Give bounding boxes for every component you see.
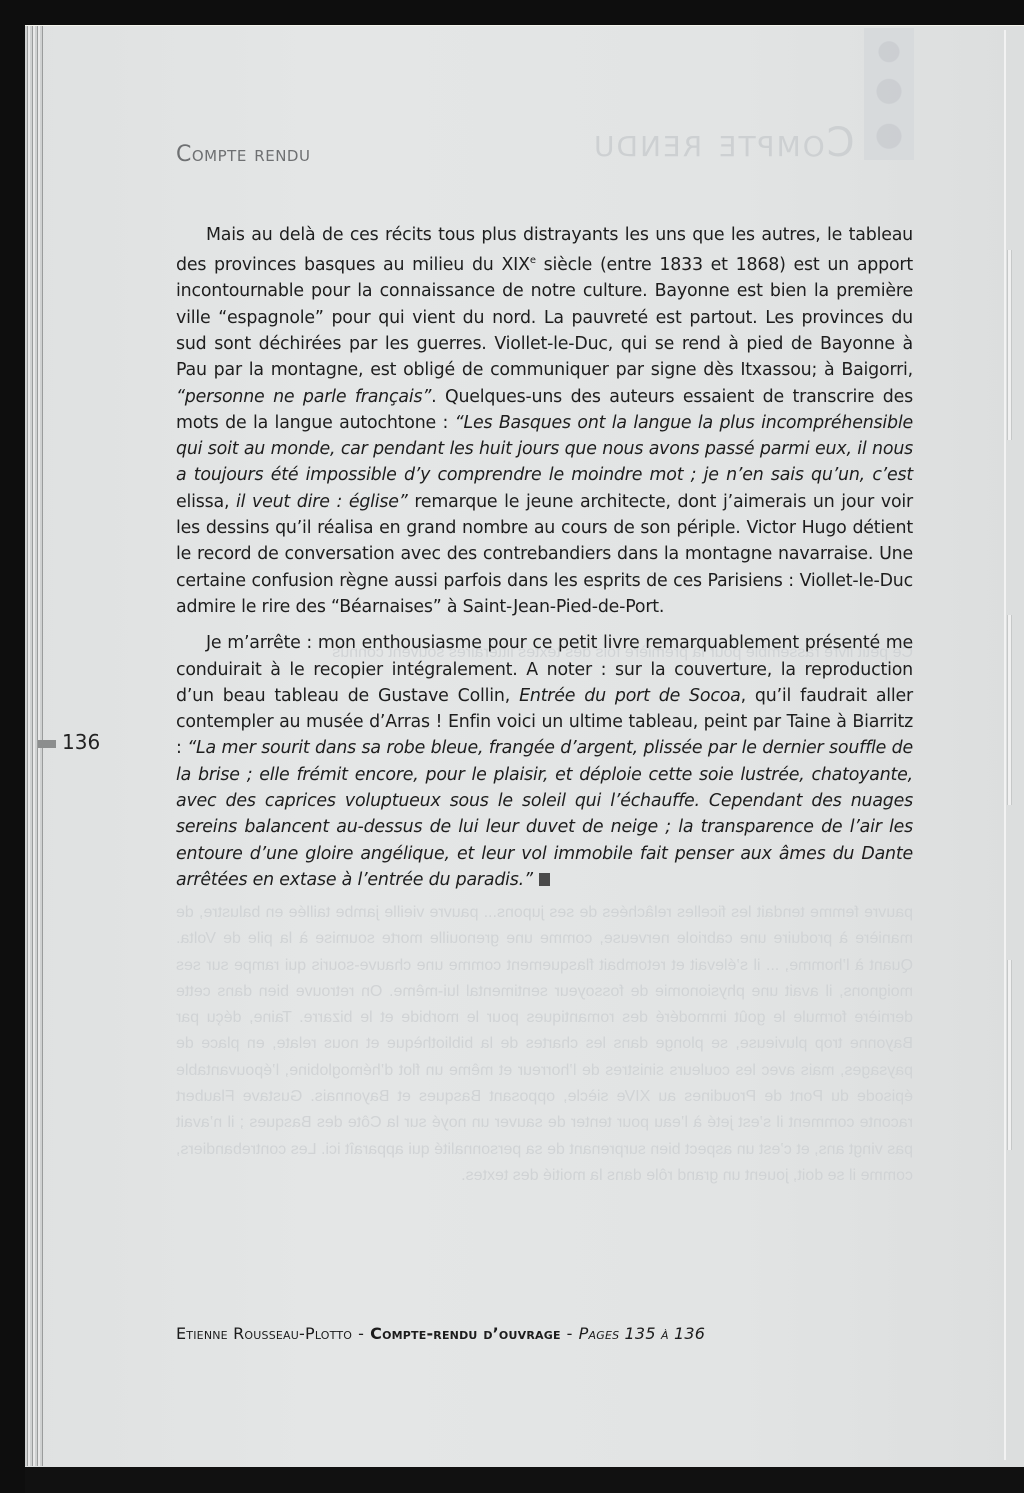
scan-background	[25, 1467, 1024, 1493]
quoted-text: Entrée du port de Socoa	[519, 686, 741, 706]
gutter-edge	[1004, 30, 1006, 1460]
page-tab-marker	[38, 740, 56, 748]
article-body: Mais au delà de ces récits tous plus dis…	[176, 222, 913, 903]
quoted-text: “personne ne parle français”	[176, 387, 431, 407]
text-segment: elissa,	[176, 492, 236, 512]
paragraph-2: Je m’arrête : mon enthousiasme pour ce p…	[176, 630, 913, 893]
paragraph-1: Mais au delà de ces récits tous plus dis…	[176, 222, 913, 620]
bleed-through-text-lower: pauvre femme tendait les ficelles relâch…	[176, 900, 913, 1189]
quoted-text: “La mer sourit dans sa robe bleue, frang…	[176, 738, 913, 889]
binding-stitch	[1007, 960, 1012, 1150]
footer-title: Compte-rendu d’ouvrage	[370, 1324, 561, 1343]
page-footer: Etienne Rousseau-Plotto-Compte-rendu d’o…	[176, 1324, 705, 1343]
running-head: Compte rendu	[176, 142, 310, 167]
footer-author: Etienne Rousseau-Plotto	[176, 1324, 352, 1343]
footer-separator: -	[567, 1324, 573, 1343]
bleed-through-running-head: Compte rendu	[592, 120, 855, 166]
binding-stitch	[1007, 615, 1012, 805]
footer-pages: Pages 135 à 136	[579, 1324, 706, 1343]
quoted-text: il veut dire : église”	[236, 492, 408, 512]
footer-separator: -	[358, 1324, 364, 1343]
end-of-article-square-icon	[539, 873, 550, 886]
decorative-ornament-icon	[864, 28, 914, 160]
binding-stitch	[1007, 250, 1012, 440]
page-number: 136	[62, 730, 100, 754]
